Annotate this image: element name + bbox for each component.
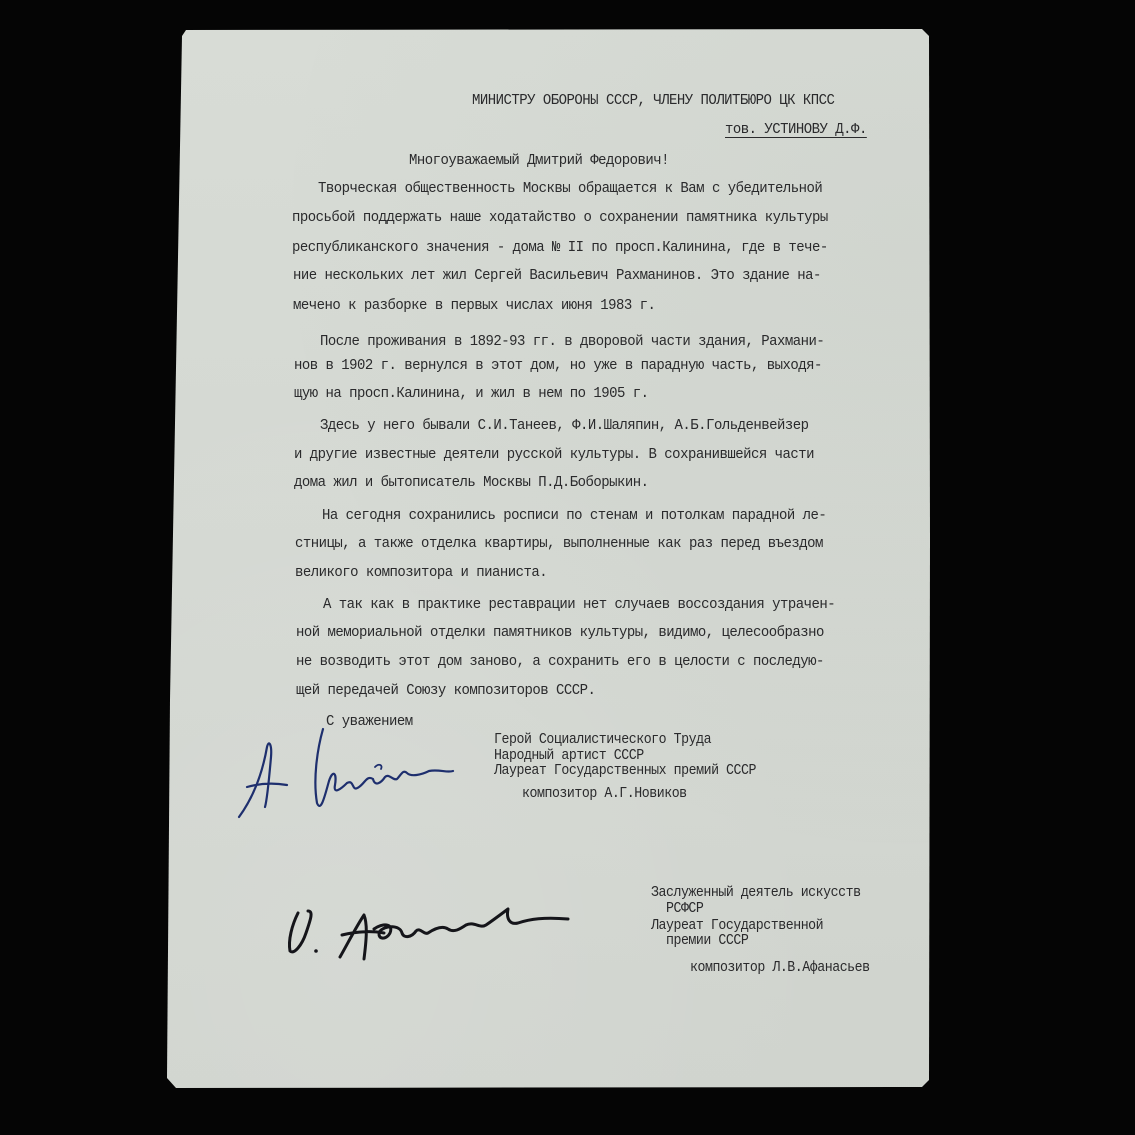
signature-novikov — [225, 725, 485, 825]
body-line: А так как в практике реставрации нет слу… — [323, 597, 835, 612]
signatory2-title: РСФСР — [651, 902, 703, 917]
body-line: просьбой поддержать наше ходатайство о с… — [292, 210, 828, 225]
body-line: После проживания в 1892-93 гг. в дворово… — [320, 334, 824, 349]
body-line: Здесь у него бывали С.И.Танеев, Ф.И.Шаля… — [320, 418, 808, 433]
body-line: щую на просп.Калинина, и жил в нем по 19… — [294, 386, 649, 401]
body-line: ной мемориальной отделки памятников куль… — [296, 625, 824, 640]
addressee-line-2: тов. УСТИНОВУ Д.Ф. — [725, 122, 867, 137]
body-line: стницы, а также отделка квартиры, выполн… — [295, 536, 823, 551]
body-line: республиканского значения - дома № II по… — [292, 240, 828, 255]
body-line: великого композитора и пианиста. — [295, 565, 547, 580]
body-line: На сегодня сохранились росписи по стенам… — [322, 508, 826, 523]
body-line: нов в 1902 г. вернулся в этот дом, но уж… — [294, 358, 822, 373]
body-line: ние нескольких лет жил Сергей Васильевич… — [293, 268, 821, 283]
body-line: не возводить этот дом заново, а сохранит… — [296, 654, 824, 669]
body-line: дома жил и бытописатель Москвы П.Д.Бобор… — [294, 475, 649, 490]
signatory2-title: премии СССР — [651, 934, 748, 949]
signatory2-title: Лауреат Государственной — [651, 919, 823, 934]
body-line: и другие известные деятели русской культ… — [294, 447, 814, 462]
body-line: мечено к разборке в первых числах июня 1… — [293, 298, 655, 313]
signatory1-title: Лауреат Государственных премий СССР — [494, 764, 756, 779]
signatory1-title: Народный артист СССР — [494, 749, 644, 764]
signatory2-title: Заслуженный деятель искусств — [651, 886, 861, 901]
signatory2-name: композитор Л.В.Афанасьев — [690, 961, 870, 976]
signature-afanasyev — [278, 895, 598, 975]
body-line: щей передачей Союзу композиторов СССР. — [296, 683, 595, 698]
salutation: Многоуважаемый Дмитрий Федорович! — [409, 153, 669, 168]
signatory1-title: Герой Социалистического Труда — [494, 733, 711, 748]
signatory1-name: композитор А.Г.Новиков — [522, 787, 687, 802]
addressee-line-1: МИНИСТРУ ОБОРОНЫ СССР, ЧЛЕНУ ПОЛИТБЮРО Ц… — [472, 93, 834, 108]
body-line: Творческая общественность Москвы обращае… — [318, 181, 822, 196]
